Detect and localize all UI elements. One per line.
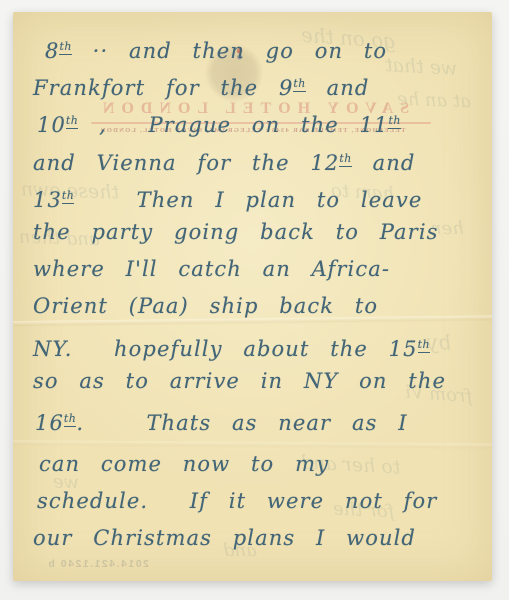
handwriting-line: 13th Then I plan to leave <box>33 177 481 214</box>
handwriting-line: 10th , Prague on the 11th <box>33 102 481 139</box>
handwriting-block: 8th ·· and then go on toFrankfort for th… <box>33 28 481 558</box>
accession-stamp-bleedthrough: 2014.421.1240 b <box>47 558 149 570</box>
handwriting-line: and Vienna for the 12th and <box>33 140 481 177</box>
handwriting-line: where I'll catch an Africa- <box>33 251 481 288</box>
handwriting-line: 8th ·· and then go on to <box>33 28 481 65</box>
handwriting-line: the party going back to Paris <box>33 214 481 251</box>
handwriting-line: Frankfort for the 9th and <box>33 65 481 102</box>
handwriting-line: Orient (Paa) ship back to <box>33 288 481 325</box>
scan-background: SAVOY HOTEL LONDON TELEPHONE, TEMPLE BAR… <box>0 0 509 600</box>
handwriting-line: can come now to my <box>33 446 481 483</box>
handwriting-line: our Christmas plans I would <box>33 520 481 557</box>
letter-paper: SAVOY HOTEL LONDON TELEPHONE, TEMPLE BAR… <box>13 12 492 581</box>
handwriting-line: schedule. If it were not for <box>33 483 481 520</box>
handwriting-line: NY. hopefully about the 15th <box>33 326 481 363</box>
handwriting-line: 16th. Thats as near as I <box>33 400 481 437</box>
handwriting-line: so as to arrive in NY on the <box>33 363 481 400</box>
